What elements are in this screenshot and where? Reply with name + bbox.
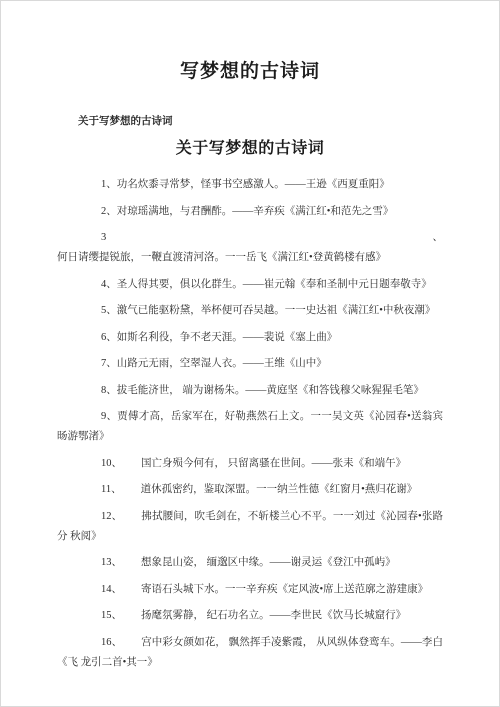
item-number: 13、 — [101, 557, 122, 568]
item-text: 国亡身殒今何有， 只留离骚在世间。——张耒《和端午》 — [141, 458, 406, 469]
list-item: 8、拔毛能济世， 端为谢杨朱。——黄庭坚《和答钱穆父咏猩猩毛笔》 — [57, 381, 443, 401]
item-number: 7、 — [101, 358, 117, 369]
item-text: 对琼瑶满地，与君酬酢。——辛弃疾《满江红•和范先之雪》 — [117, 206, 394, 217]
item-number: 16、 — [101, 637, 122, 648]
item-text: 圣人得其要，俱以化群生。——崔元翰《奉和圣制中元日题奉敬寺》 — [117, 279, 432, 290]
document-subtitle: 关于写梦想的古诗词 — [78, 115, 499, 128]
document-page: 写梦想的古诗词 关于写梦想的古诗词 关于写梦想的古诗词 1、功名炊黍寻常梦，怪事… — [0, 0, 500, 707]
list-item: 4、圣人得其要，俱以化群生。——崔元翰《奉和圣制中元日题奉敬寺》 — [57, 275, 443, 295]
document-title: 写梦想的古诗词 — [1, 1, 499, 83]
item-number: 3、 — [101, 232, 443, 243]
item-text: 山路元无雨，空翠湿人衣。——王维《山中》 — [117, 358, 327, 369]
item-text: 道休孤密约，鉴取深盟。一一纳兰性德《红窗月•燕归花谢》 — [141, 484, 418, 495]
list-item: 1、功名炊黍寻常梦，怪事书空感激人。——王逊《西夏重阳》 — [57, 175, 443, 195]
item-number: 9、 — [101, 411, 117, 422]
item-number: 14、 — [101, 584, 122, 595]
item-number: 12、 — [101, 511, 122, 522]
item-number: 6、 — [101, 332, 117, 343]
list-item: 7、山路元无雨，空翠湿人衣。——王维《山中》 — [57, 354, 443, 374]
list-item: 2、对琼瑶满地，与君酬酢。——辛弃疾《满江红•和范先之雪》 — [57, 202, 443, 222]
item-text: 何日请缨提锐旅，一鞭直渡清河洛。一一岳飞《满江红•登黄鹤楼有感》 — [57, 252, 386, 263]
item-number: 4、 — [101, 279, 117, 290]
item-number: 5、 — [101, 305, 117, 316]
list-item: 3、何日请缨提锐旅，一鞭直渡清河洛。一一岳飞《满江红•登黄鹤楼有感》 — [57, 228, 443, 268]
list-item: 6、如斯名利役，争不老天涯。——裴说《塞上曲》 — [57, 328, 443, 348]
list-item: 14、寄语石头城下水。一一辛弃疾《定风波•席上送范廓之游建康》 — [57, 580, 443, 600]
list-item: 13、想象昆山姿， 缅邈区中缘。——谢灵运《登江中孤屿》 — [57, 553, 443, 573]
item-number: 1、 — [101, 179, 117, 190]
item-text: 拔毛能济世， 端为谢杨朱。——黄庭坚《和答钱穆父咏猩猩毛笔》 — [117, 385, 424, 396]
item-text: 功名炊黍寻常梦，怪事书空感激人。——王逊《西夏重阳》 — [117, 179, 390, 190]
item-text: 想象昆山姿， 缅邈区中缘。——谢灵运《登江中孤屿》 — [141, 557, 396, 568]
list-item: 5、激气已能驱粉黛，举杯便可吞吴越。一一史达祖《满江红•中秋夜潮》 — [57, 301, 443, 321]
item-text: 寄语石头城下水。一一辛弃疾《定风波•席上送范廓之游建康》 — [141, 584, 428, 595]
item-number: 2、 — [101, 206, 117, 217]
item-text: 如斯名利役，争不老天涯。——裴说《塞上曲》 — [117, 332, 338, 343]
section-heading: 关于写梦想的古诗词 — [1, 138, 499, 159]
list-item: 16、宫中彩女颜如花， 飘然挥手凌紫霞， 从风纵体登鸾车。——李白《飞 龙引二首… — [57, 633, 443, 673]
list-item: 9、贾傅才高，岳家军在，好勒燕然石上文。一一吴文英《沁园春•送翁宾旸游鄂渚》 — [57, 407, 443, 447]
item-text: 激气已能驱粉黛，举杯便可吞吴越。一一史达祖《满江红•中秋夜潮》 — [117, 305, 436, 316]
item-text: 扬麾氛雾静， 纪石功名立。——李世民《饮马长城窟行》 — [141, 610, 406, 621]
list-item: 12、拂拭腰间，吹毛剑在，不斩楼兰心不平。一一刘过《沁园春•张路分 秋阅》 — [57, 507, 443, 547]
poem-list: 1、功名炊黍寻常梦，怪事书空感激人。——王逊《西夏重阳》2、对琼瑶满地，与君酬酢… — [57, 175, 443, 673]
item-number: 10、 — [101, 458, 122, 469]
item-number: 8、 — [101, 385, 117, 396]
list-item: 11、道休孤密约，鉴取深盟。一一纳兰性德《红窗月•燕归花谢》 — [57, 480, 443, 500]
list-item: 15、扬麾氛雾静， 纪石功名立。——李世民《饮马长城窟行》 — [57, 606, 443, 626]
item-number: 11、 — [101, 484, 122, 495]
list-item: 10、国亡身殒今何有， 只留离骚在世间。——张耒《和端午》 — [57, 454, 443, 474]
item-number: 15、 — [101, 610, 122, 621]
